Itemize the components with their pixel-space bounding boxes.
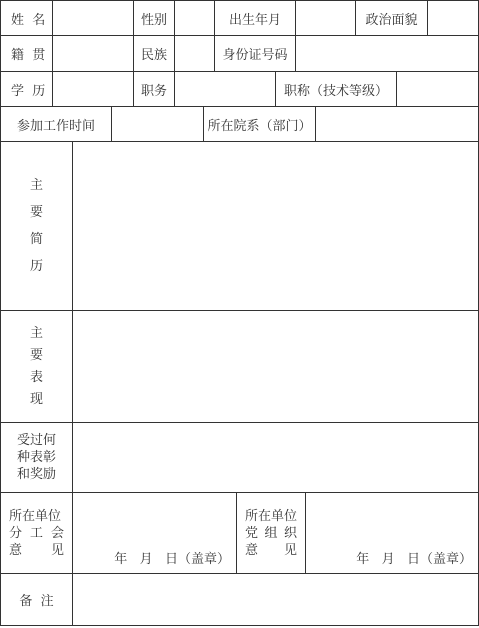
political-field[interactable] bbox=[427, 0, 479, 36]
awards-label: 受过何 种表彰 和奖励 bbox=[0, 422, 73, 493]
performance-label: 主 要 表 现 bbox=[0, 310, 73, 423]
union-opinion-label: 所在单位 分工会 意见 bbox=[0, 492, 73, 574]
remarks-field[interactable] bbox=[72, 573, 479, 626]
party-opinion-field[interactable]: 年 月 日（盖章） bbox=[305, 492, 479, 574]
education-label: 学 历 bbox=[0, 71, 53, 107]
id-number-field[interactable] bbox=[295, 35, 479, 72]
union-opinion-field[interactable]: 年 月 日（盖章） bbox=[72, 492, 237, 574]
native-place-label: 籍 贯 bbox=[0, 35, 53, 72]
education-field[interactable] bbox=[52, 71, 134, 107]
id-number-label: 身份证号码 bbox=[214, 35, 296, 72]
gender-label: 性别 bbox=[133, 0, 175, 36]
gender-field[interactable] bbox=[174, 0, 215, 36]
performance-field[interactable] bbox=[72, 310, 479, 423]
personnel-form: 姓 名 性别 出生年月 政治面貌 籍 贯 民族 身份证号码 学 历 职务 职称（… bbox=[0, 0, 479, 628]
work-start-label: 参加工作时间 bbox=[0, 106, 112, 142]
ethnicity-field[interactable] bbox=[174, 35, 215, 72]
awards-field[interactable] bbox=[72, 422, 479, 493]
department-field[interactable] bbox=[315, 106, 479, 142]
political-label: 政治面貌 bbox=[355, 0, 428, 36]
name-label: 姓 名 bbox=[0, 0, 53, 36]
ethnicity-label: 民族 bbox=[133, 35, 175, 72]
title-field[interactable] bbox=[396, 71, 479, 107]
work-start-field[interactable] bbox=[111, 106, 204, 142]
position-label: 职务 bbox=[133, 71, 175, 107]
resume-field[interactable] bbox=[72, 141, 479, 311]
party-opinion-label: 所在单位 党组织 意见 bbox=[236, 492, 306, 574]
department-label: 所在院系（部门） bbox=[203, 106, 316, 142]
birth-field[interactable] bbox=[295, 0, 356, 36]
position-field[interactable] bbox=[174, 71, 276, 107]
remarks-label: 备 注 bbox=[0, 573, 73, 626]
native-place-field[interactable] bbox=[52, 35, 134, 72]
resume-label: 主 要 简 历 bbox=[0, 141, 73, 311]
birth-label: 出生年月 bbox=[214, 0, 296, 36]
title-label: 职称（技术等级） bbox=[275, 71, 397, 107]
name-field[interactable] bbox=[52, 0, 134, 36]
